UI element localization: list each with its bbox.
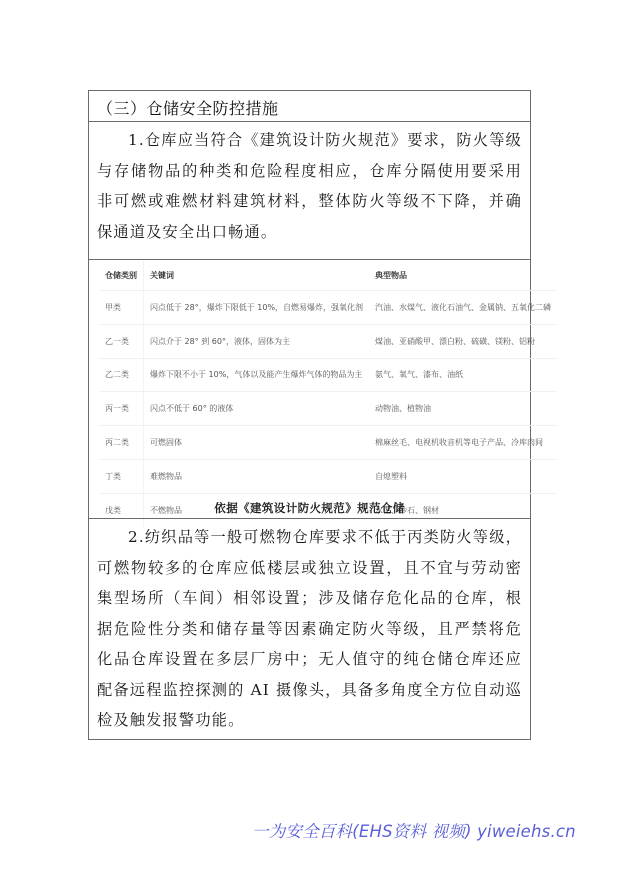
cell-category: 甲类: [99, 291, 144, 325]
cell-items: 汽油、水煤气、液化石油气、金属钠、五氧化二磷: [369, 291, 557, 325]
table-row: 丁类 难燃物品 自熄塑料: [99, 459, 557, 493]
cell-category: 乙一类: [99, 324, 144, 358]
cell-keywords: 爆炸下限不小于 10%，气体以及能产生爆炸气体的物品为主: [144, 358, 370, 392]
cell-keywords: 闪点介于 28° 到 60°，液体，固体为主: [144, 324, 370, 358]
paragraph-1: 1.仓库应当符合《建筑设计防火规范》要求，防火等级与存储物品的种类和危险程度相应…: [97, 125, 522, 247]
table-row: 甲类 闪点低于 28°，爆炸下限低于 10%，自燃易爆炸，强氧化剂 汽油、水煤气…: [99, 291, 557, 325]
table-row: 丙二类 可燃固体 棉麻丝毛、电视机收音机等电子产品、冷库肉间: [99, 426, 557, 460]
table-row: 乙二类 爆炸下限不小于 10%，气体以及能产生爆炸气体的物品为主 氨气、氧气、漆…: [99, 358, 557, 392]
cell-keywords: 可燃固体: [144, 426, 370, 460]
warehouse-class-table: 仓储类别 关键词 典型物品 甲类 闪点低于 28°，爆炸下限低于 10%，自燃易…: [99, 260, 557, 527]
cell-keywords: 闪点不低于 60° 的液体: [144, 392, 370, 426]
paragraph-2: 2.纺织品等一般可燃物仓库要求不低于丙类防火等级，可燃物较多的仓库应低楼层或独立…: [97, 522, 522, 736]
cell-keywords: 难燃物品: [144, 459, 370, 493]
cell-category: 丙二类: [99, 426, 144, 460]
section-title: （三）仓储安全防控措施: [97, 96, 279, 119]
table-header-row: 仓储类别 关键词 典型物品: [99, 260, 557, 291]
cell-keywords: 闪点低于 28°，爆炸下限低于 10%，自燃易爆炸，强氧化剂: [144, 291, 370, 325]
cell-items: 氨气、氧气、漆布、油纸: [369, 358, 557, 392]
paragraph-1-row: 1.仓库应当符合《建筑设计防火规范》要求，防火等级与存储物品的种类和危险程度相应…: [89, 121, 530, 259]
cell-category: 乙二类: [99, 358, 144, 392]
table-caption: 依据《建筑设计防火规范》规范仓储: [89, 500, 530, 516]
cell-items: 煤油、亚硝酸甲、漂白粉、硫磺、镁粉、铝粉: [369, 324, 557, 358]
cell-category: 丁类: [99, 459, 144, 493]
header-category: 仓储类别: [99, 260, 144, 291]
table-row: 丙一类 闪点不低于 60° 的液体 动物油、植物油: [99, 392, 557, 426]
header-keywords: 关键词: [144, 260, 370, 291]
cell-items: 动物油、植物油: [369, 392, 557, 426]
paragraph-2-row: 2.纺织品等一般可燃物仓库要求不低于丙类防火等级，可燃物较多的仓库应低楼层或独立…: [89, 518, 530, 740]
header-typical-items: 典型物品: [369, 260, 557, 291]
footer-watermark: 一为安全百科(EHS资料 视频) yiweiehs.cn: [252, 818, 576, 842]
cell-category: 丙一类: [99, 392, 144, 426]
classification-table-row: 仓储类别 关键词 典型物品 甲类 闪点低于 28°，爆炸下限低于 10%，自燃易…: [89, 259, 530, 518]
table-row: 乙一类 闪点介于 28° 到 60°，液体，固体为主 煤油、亚硝酸甲、漂白粉、硫…: [99, 324, 557, 358]
cell-items: 自熄塑料: [369, 459, 557, 493]
cell-items: 棉麻丝毛、电视机收音机等电子产品、冷库肉间: [369, 426, 557, 460]
section-title-row: （三）仓储安全防控措施: [89, 91, 530, 121]
content-frame: （三）仓储安全防控措施 1.仓库应当符合《建筑设计防火规范》要求，防火等级与存储…: [88, 90, 531, 740]
